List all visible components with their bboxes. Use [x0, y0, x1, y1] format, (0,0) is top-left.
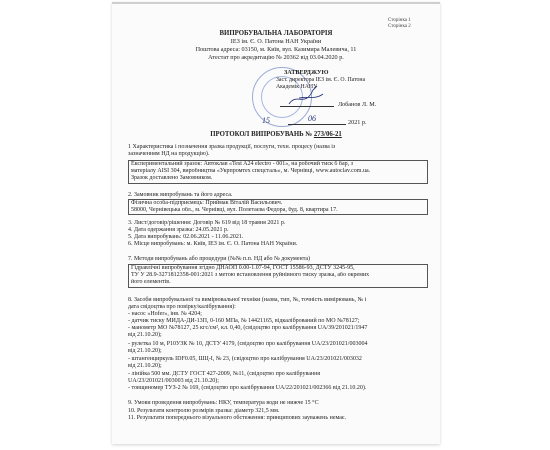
lab-org: ІЕЗ ім. Є. О. Патона НАН України — [112, 38, 440, 45]
protocol-title-prefix: ПРОТОКОЛ ВИПРОБУВАНЬ № — [210, 131, 314, 138]
lab-address: Поштова адреса: 03150, м. Київ, вул. Каз… — [112, 46, 440, 53]
section-1-box: Експериментальний зразок: Автоклав «Test… — [128, 160, 428, 184]
section-2-box: Фізична особа-підприємець: Приймак Вітал… — [128, 199, 428, 215]
section-7-label: 7. Методи випробувань або процедури (№№ … — [128, 256, 310, 263]
signature-icon — [287, 82, 327, 108]
protocol-number: 273/06-21 — [314, 131, 342, 138]
page-marks: Сторінка 1 Сторінка 2 — [388, 18, 411, 30]
approval-year: 2021 р. — [348, 119, 367, 126]
section-7-line-3: його елементів. — [131, 279, 425, 286]
section-1-line-3: Зразок доставлено Замовником. — [131, 175, 425, 182]
section-8-line-5: - манометр МО №78127, 25 кгс/см², кл. 0,… — [128, 325, 367, 332]
section-8-line-6: від 21.10.20); — [128, 332, 162, 339]
section-8-line-9: - штангенциркуль IDF0.05, ШЦ-I, № 23, (с… — [128, 356, 362, 363]
approval-day: 15 — [262, 117, 270, 124]
lab-title: ВИПРОБУВАЛЬНА ЛАБОРАТОРІЯ — [112, 30, 440, 37]
section-6: 6. Місце випробувань: м. Київ, ІЕЗ ім. Є… — [128, 241, 297, 248]
lab-accreditation: Атестат про акредитацію № 20362 від 03.0… — [112, 54, 440, 61]
document-page: Сторінка 1 Сторінка 2 ВИПРОБУВАЛЬНА ЛАБО… — [112, 2, 440, 444]
section-11: 11. Результати попереднього візуального … — [128, 415, 346, 422]
section-8-line-10: від 21.10.20); — [128, 363, 162, 370]
section-7-line-2: ТУ У 28.9-3271812358-001:2021 з метою вс… — [131, 272, 425, 279]
section-1-label-2: зазначенням НД на продукцію). — [128, 151, 209, 158]
section-8-line-8: від 21.10.20); — [128, 348, 162, 355]
section-7-line-1: Гідравлічні випробування згідно ДНАОП 0.… — [131, 265, 425, 272]
approval-month: 06 — [308, 115, 316, 122]
section-9: 9. Умови проведення випробувань: НКУ, те… — [128, 400, 319, 407]
section-8-line-7: - рулетка 10 м, Р10УЗК № 10, ДСТУ 4179, … — [128, 341, 367, 348]
date-month-line — [288, 124, 346, 125]
approval-title: ЗАТВЕРДЖУЮ — [284, 69, 328, 76]
section-7-box: Гідравлічні випробування згідно ДНАОП 0.… — [128, 264, 428, 288]
section-2-line-2: 58000, Чернівецька обл., м. Чернівці, ву… — [131, 207, 425, 214]
section-2-line-1: Фізична особа-підприємець: Приймак Вітал… — [131, 200, 425, 207]
section-1-line-1: Експериментальний зразок: Автоклав «Test… — [131, 161, 425, 168]
section-8-line-13: - товщиномер ТУЗ-2 № 169, (свідоцтво про… — [128, 385, 366, 392]
approver-name: Лобанов Л. М. — [338, 101, 376, 108]
protocol-title: ПРОТОКОЛ ВИПРОБУВАНЬ № 273/06-21 — [112, 131, 440, 138]
section-1-line-2: матеріалу AISI 304, виробництва «Укрпром… — [131, 168, 425, 175]
